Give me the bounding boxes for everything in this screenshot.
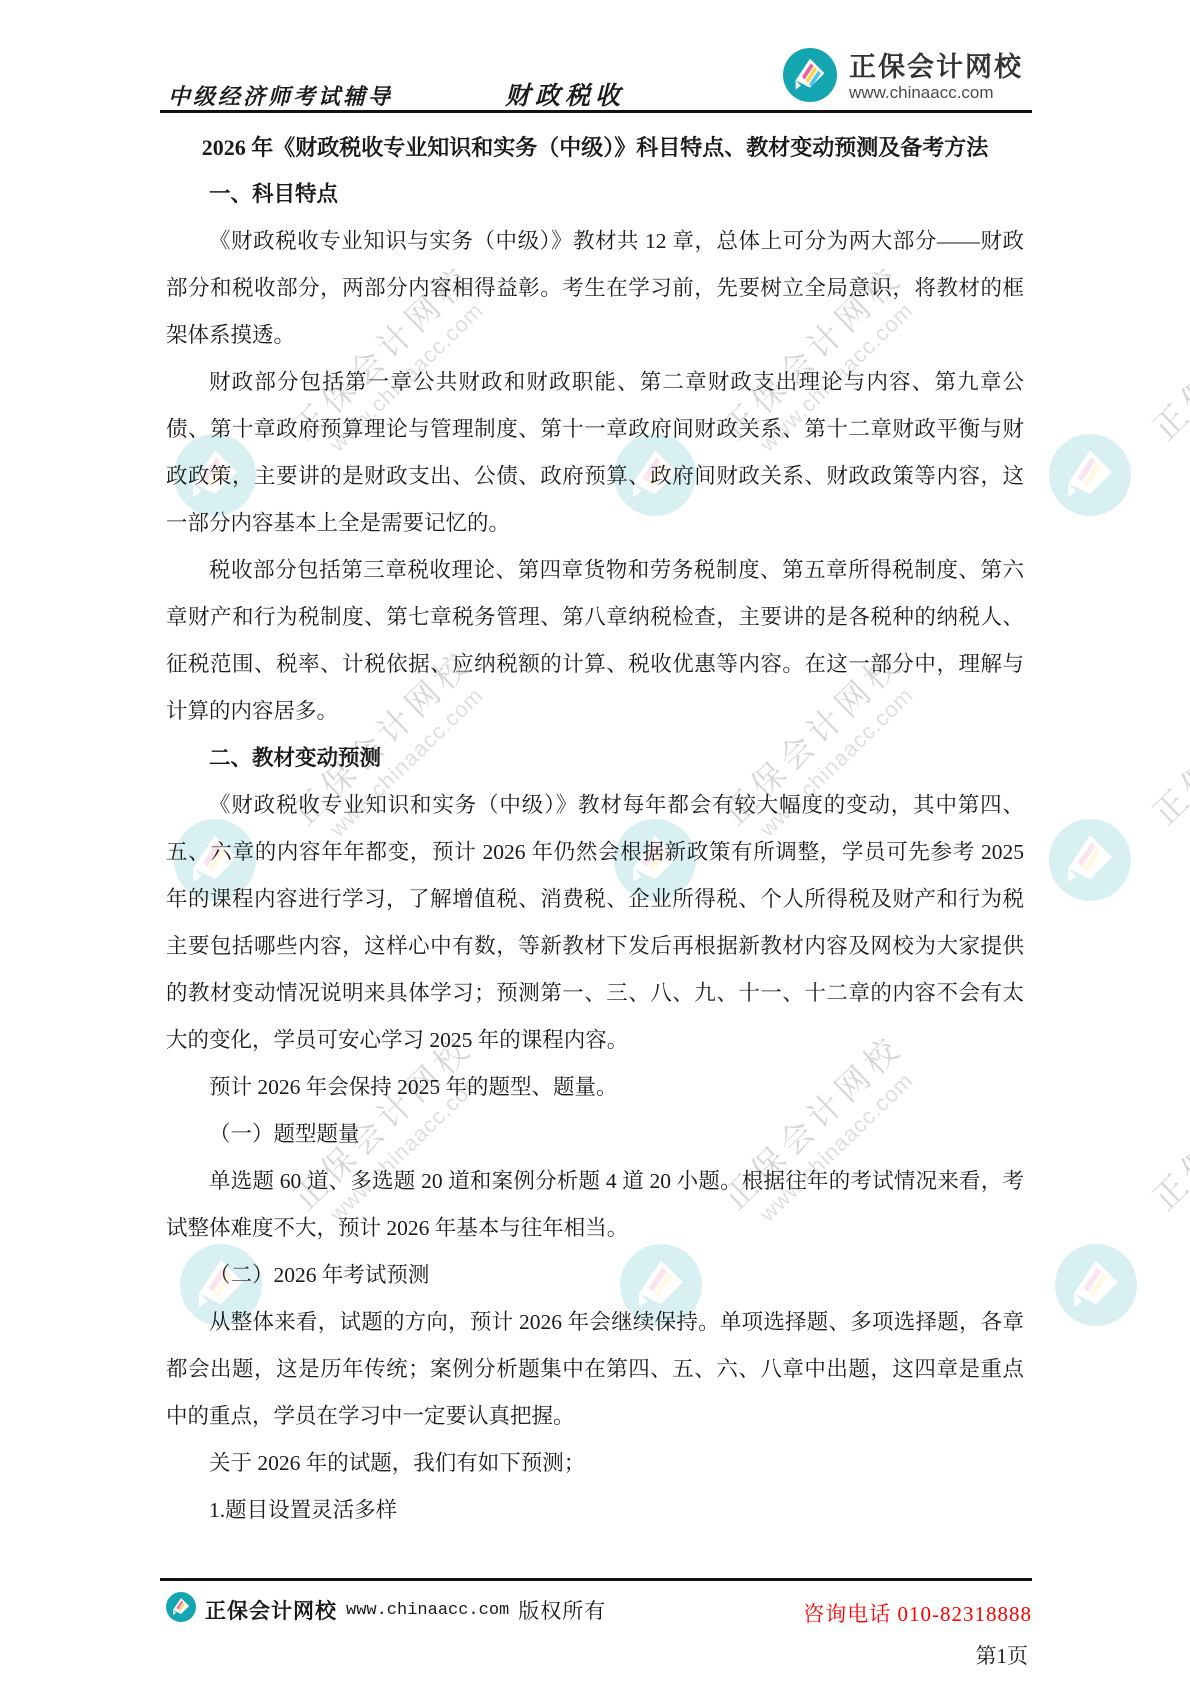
paragraph: 单选题 60 道、多选题 20 道和案例分析题 4 道 20 小题。根据往年的考… [166, 1158, 1024, 1252]
subsection-heading: （一）题型题量 [166, 1111, 1024, 1158]
footer-phone: 咨询电话 010-82318888 [803, 1598, 1032, 1628]
header-divider [160, 110, 1032, 113]
section-heading-2: 二、教材变动预测 [166, 735, 1024, 782]
watermark-logo-icon [1055, 1244, 1137, 1331]
footer-brand-logo-icon [166, 1592, 196, 1628]
paragraph: 关于 2026 年的试题，我们有如下预测； [166, 1440, 1024, 1487]
paragraph: 从整体来看，试题的方向，预计 2026 年会继续保持。单项选择题、多项选择题，各… [166, 1299, 1024, 1440]
paragraph: 《财政税收专业知识和实务（中级）》教材每年都会有较大幅度的变动，其中第四、五、六… [166, 782, 1024, 1064]
header-course-label: 中级经济师考试辅导 [168, 80, 393, 111]
paragraph: 财政部分包括第一章公共财政和财政职能、第二章财政支出理论与内容、第九章公债、第十… [166, 359, 1024, 547]
page-footer: 正保会计网校 www.chinaacc.com 版权所有 咨询电话 010-82… [166, 1592, 1032, 1628]
footer-brand-url: www.chinaacc.com [346, 1601, 509, 1620]
header-subject-label: 财政税收 [505, 76, 625, 112]
paragraph: 《财政税收专业知识与实务（中级）》教材共 12 章，总体上可分为两大部分——财政… [166, 218, 1024, 359]
footer-divider [160, 1578, 1032, 1581]
section-heading-1: 一、科目特点 [166, 171, 1024, 218]
paragraph: 税收部分包括第三章税收理论、第四章货物和劳务税制度、第五章所得税制度、第六章财产… [166, 547, 1024, 735]
page-number: 第1页 [976, 1640, 1029, 1670]
doc-title: 2026 年《财政税收专业知识和实务（中级）》科目特点、教材变动预测及备考方法 [166, 124, 1024, 171]
list-item: 1.题目设置灵活多样 [166, 1487, 1024, 1534]
document-page: 正保会计网校www.chinaacc.com 正保会计网校www.chinaac… [0, 0, 1190, 1683]
header-brand-logo: 正保会计网校 www.chinaacc.com [783, 48, 1023, 107]
footer-copyright: 版权所有 [518, 1595, 606, 1625]
brand-logo-icon [783, 48, 837, 107]
brand-url: www.chinaacc.com [849, 83, 1023, 103]
watermark-text: 正保会计网校www.chinaacc.com [1086, 199, 1190, 522]
watermark-text: 正保会计网校www.chinaacc.com [1086, 584, 1190, 907]
document-body: 2026 年《财政税收专业知识和实务（中级）》科目特点、教材变动预测及备考方法 … [166, 124, 1024, 1534]
footer-brand-name: 正保会计网校 [205, 1595, 337, 1625]
watermark-text: 正保会计网校www.chinaacc.com [1086, 969, 1190, 1292]
watermark-logo-icon [1049, 819, 1131, 906]
subsection-heading: （二）2026 年考试预测 [166, 1252, 1024, 1299]
watermark-logo-icon [1049, 434, 1131, 521]
paragraph: 预计 2026 年会保持 2025 年的题型、题量。 [166, 1064, 1024, 1111]
brand-name: 正保会计网校 [849, 52, 1023, 83]
